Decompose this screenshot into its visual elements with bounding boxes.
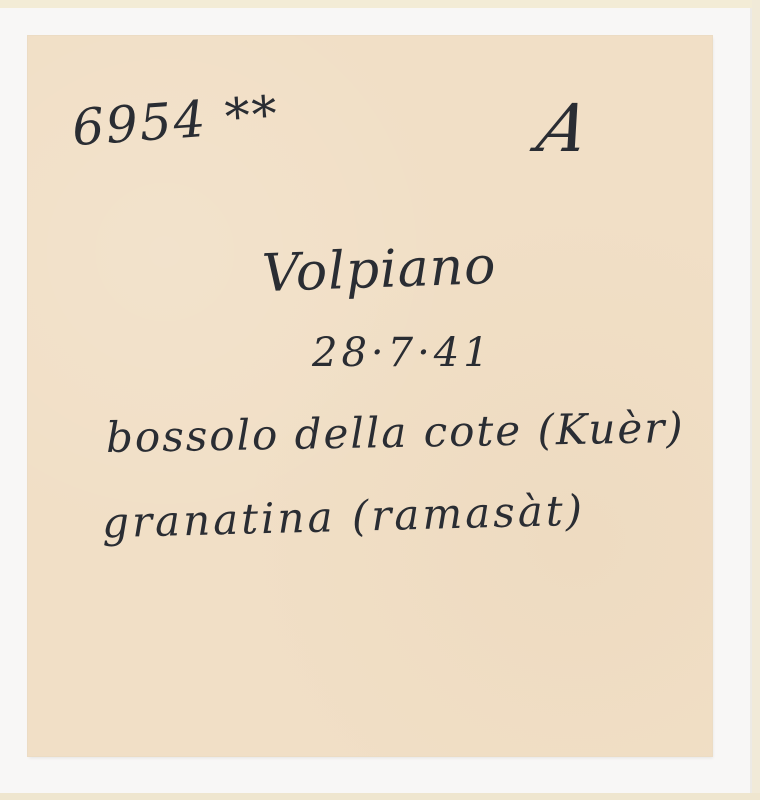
top-edge-strip	[0, 0, 760, 8]
locality-text: Volpiano	[261, 236, 497, 304]
description-line-1: bossolo della cote (Kuèr)	[106, 403, 686, 462]
date-text: 28·7·41	[312, 330, 493, 376]
right-edge-strip	[752, 0, 760, 800]
bottom-edge-strip	[0, 793, 760, 800]
